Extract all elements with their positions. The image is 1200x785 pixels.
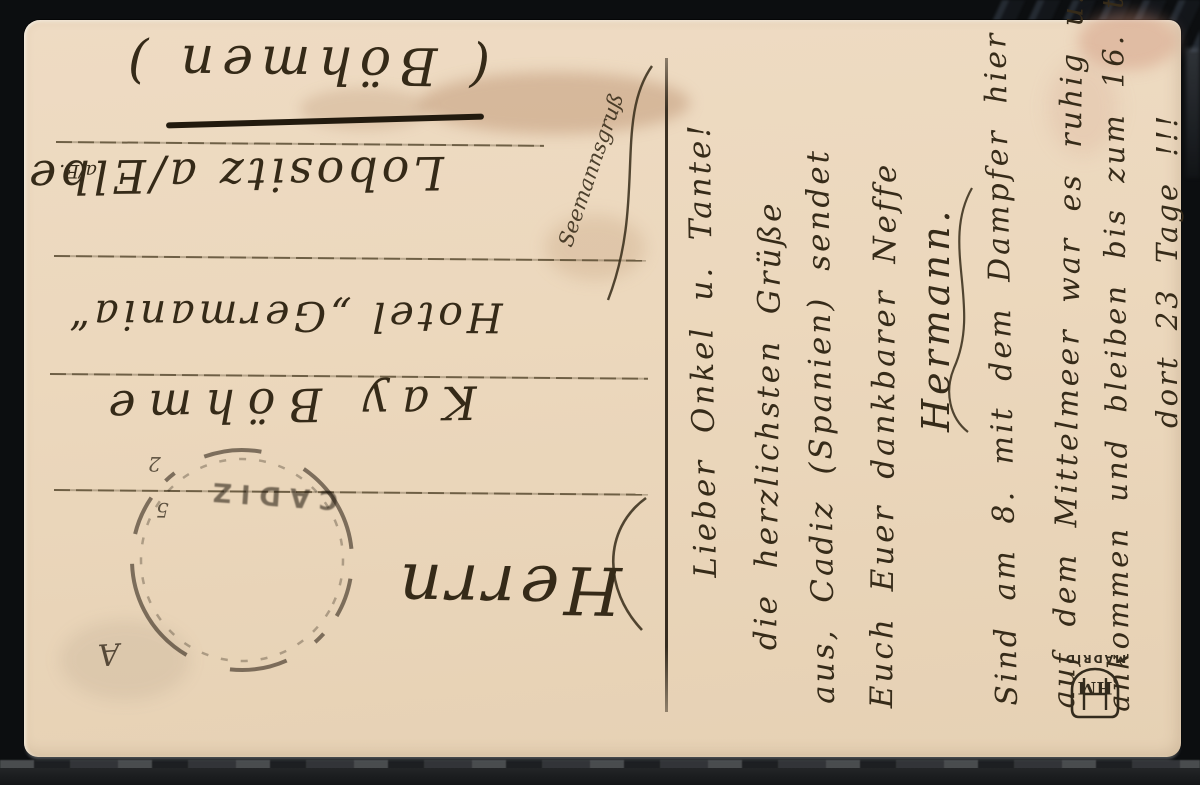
message-line: Euch Euer dankbarer Neffe: [864, 162, 904, 709]
message-line: Lieber Onkel u. Tante!: [682, 122, 724, 578]
postcard: ( Böhmen ) Lobositz a/Elbe a/E. Hotel „G…: [24, 20, 1181, 757]
scanner-edge-streak: [1186, 48, 1200, 178]
address-region-bohmen: ( Böhmen ): [80, 32, 531, 97]
publisher-monogram-letters: HM: [1077, 677, 1112, 697]
scan-background: ( Böhmen ) Lobositz a/Elbe a/E. Hotel „G…: [0, 0, 1200, 785]
message-line: aus, Cadiz (Spanien) sendet: [800, 148, 842, 704]
address-corner-note: a/E.: [46, 160, 110, 182]
ink-flourish-icon: [596, 494, 652, 634]
address-ruled-line: [56, 141, 544, 147]
publisher-monogram-icon: HM: [1070, 666, 1120, 720]
scanner-bed-shadow: [0, 768, 1200, 785]
postmark-digit: 5: [156, 498, 169, 522]
message-ps-line: Sind am 8. mit dem Dampfer hier: [978, 30, 1025, 706]
divider-line: [665, 58, 668, 712]
message-ps-line: dort 23 Tage !!!: [1150, 113, 1184, 428]
signature-flourish-icon: [936, 182, 988, 437]
pencil-mark: A: [97, 635, 121, 671]
publisher-city: MADRID: [1064, 652, 1126, 665]
ink-flourish-icon: [600, 62, 658, 307]
address-hotel: Hotel „Germania“: [46, 290, 522, 341]
address-recipient-name: Kay Böhme: [46, 375, 527, 436]
message-line: die herzlichsten Grüße: [748, 200, 789, 650]
postmark-digit: 2: [148, 452, 161, 476]
message-ps-line: ankommen und bleiben bis zum 16. ten: [1095, 0, 1136, 712]
message-ps-line: auf dem Mittelmeer war es ruhig u.: [1047, 0, 1091, 708]
publisher-logo: HM MADRID: [1060, 640, 1130, 720]
